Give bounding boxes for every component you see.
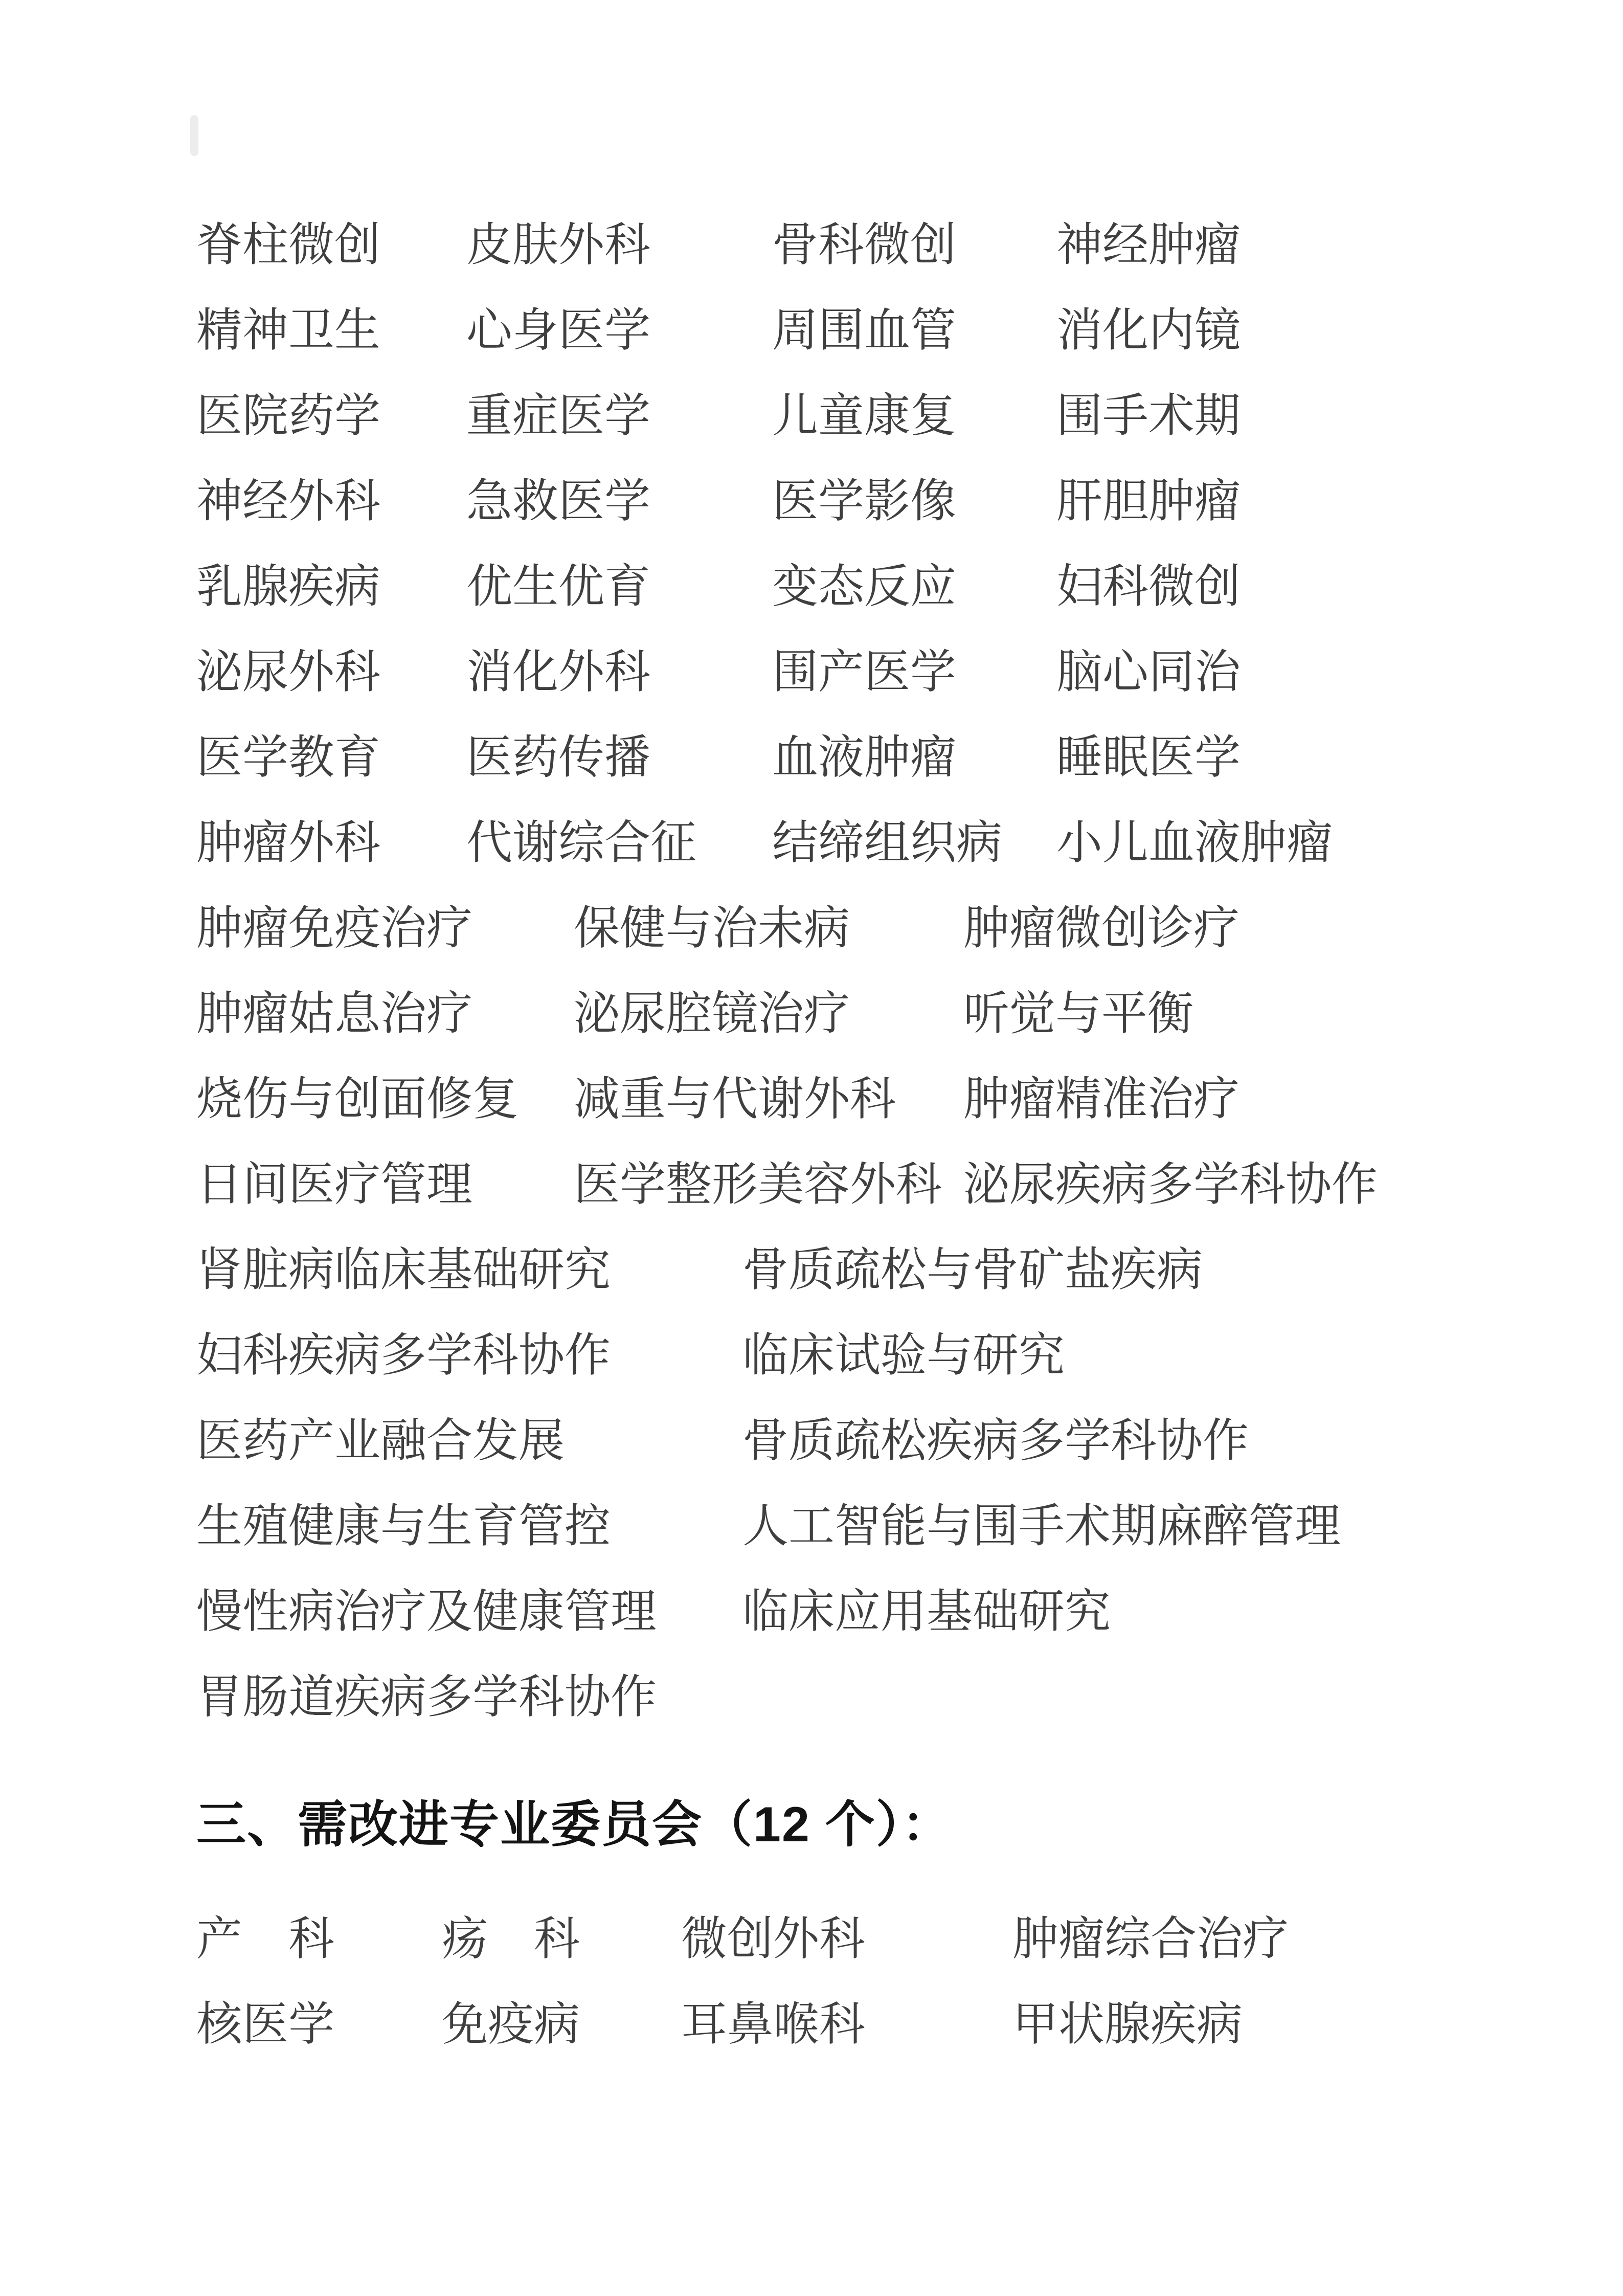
committee-name: 医院药学 [196,391,380,441]
committee-list-row: 肿瘤姑息治疗泌尿腔镜治疗听觉与平衡 [0,989,1623,1074]
committee-list-continued: 脊柱微创皮肤外科骨科微创神经肿瘤精神卫生心身医学周围血管消化内镜医院药学重症医学… [0,220,1623,1757]
committee-list-row: 日间医疗管理医学整形美容外科泌尿疾病多学科协作 [0,1160,1623,1245]
committee-list-row: 产 科疡 科微创外科肿瘤综合治疗 [0,1914,1623,1999]
committee-name: 神经外科 [196,476,380,527]
committee-name: 心身医学 [466,305,650,356]
committee-name: 核医学 [196,1999,334,2050]
committee-name: 肿瘤免疫治疗 [196,903,472,954]
committee-name: 医学教育 [196,732,380,783]
committee-name: 精神卫生 [196,305,380,356]
committee-name: 泌尿疾病多学科协作 [963,1160,1378,1210]
committee-name: 日间医疗管理 [196,1160,472,1210]
committee-list-row: 医院药学重症医学儿童康复围手术期 [0,391,1623,476]
committee-list-row: 泌尿外科消化外科围产医学脑心同治 [0,647,1623,732]
committee-name: 骨质疏松与骨矿盐疾病 [742,1245,1203,1296]
committee-name: 泌尿外科 [196,647,380,698]
committee-name: 儿童康复 [772,391,956,441]
scan-artifact [190,115,198,156]
committee-name: 医学影像 [772,476,956,527]
committee-name: 保健与治未病 [574,903,850,954]
committee-name: 脊柱微创 [196,220,380,271]
committee-name: 睡眠医学 [1056,732,1241,783]
committee-name: 骨科微创 [772,220,956,271]
committee-name: 急救医学 [466,476,650,527]
committee-name: 骨质疏松疾病多学科协作 [742,1416,1249,1466]
committee-name: 临床试验与研究 [742,1330,1065,1381]
committee-name: 甲状腺疾病 [1012,1999,1243,2050]
committee-name: 医学整形美容外科 [574,1160,942,1210]
committee-list-row: 神经外科急救医学医学影像肝胆肿瘤 [0,476,1623,562]
committee-name: 妇科疾病多学科协作 [196,1330,611,1381]
committee-name: 临床应用基础研究 [742,1587,1111,1637]
committee-list-row: 肿瘤外科代谢综合征结缔组织病小儿血液肿瘤 [0,818,1623,903]
committee-name: 肿瘤微创诊疗 [963,903,1239,954]
committee-name: 重症医学 [466,391,650,441]
committee-list-row: 胃肠道疾病多学科协作 [0,1672,1623,1757]
committee-name: 血液肿瘤 [772,732,956,783]
committee-name: 疡 科 [442,1914,580,1965]
committee-list-row: 医学教育医药传播血液肿瘤睡眠医学 [0,732,1623,818]
committee-name: 泌尿腔镜治疗 [574,989,850,1039]
committee-list-row: 肾脏病临床基础研究骨质疏松与骨矿盐疾病 [0,1245,1623,1330]
committee-name: 产 科 [196,1914,334,1965]
committee-name: 肝胆肿瘤 [1056,476,1241,527]
committee-name: 妇科微创 [1056,562,1241,612]
committee-list-row: 妇科疾病多学科协作临床试验与研究 [0,1330,1623,1416]
committee-name: 脑心同治 [1056,647,1241,698]
document-page: { "page": { "background": "#ffffff", "bo… [0,0,1623,2296]
section-heading-text: 三、需改进专业委员会（12 个）： [196,1798,952,1851]
committee-name: 慢性病治疗及健康管理 [196,1587,657,1637]
committee-name: 小儿血液肿瘤 [1056,818,1333,868]
section-heading: 三、需改进专业委员会（12 个）： [0,1798,1623,1865]
committee-name: 减重与代谢外科 [574,1074,896,1125]
committee-name: 周围血管 [772,305,956,356]
committee-name: 肿瘤综合治疗 [1012,1914,1289,1965]
committee-name: 神经肿瘤 [1056,220,1241,271]
committee-name: 肿瘤精准治疗 [963,1074,1239,1125]
committee-name: 人工智能与围手术期麻醉管理 [742,1501,1341,1552]
committee-name: 肿瘤外科 [196,818,380,868]
committee-name: 医药传播 [466,732,650,783]
committee-name: 听觉与平衡 [963,989,1193,1039]
committee-name: 优生优育 [466,562,650,612]
committee-name: 医药产业融合发展 [196,1416,565,1466]
committee-list-row: 医药产业融合发展骨质疏松疾病多学科协作 [0,1416,1623,1501]
committee-name: 免疫病 [442,1999,580,2050]
committee-name: 消化内镜 [1056,305,1241,356]
committee-name: 肾脏病临床基础研究 [196,1245,611,1296]
committee-list-row: 核医学免疫病耳鼻喉科甲状腺疾病 [0,1999,1623,2085]
committee-list-row: 生殖健康与生育管控人工智能与围手术期麻醉管理 [0,1501,1623,1587]
committee-name: 肿瘤姑息治疗 [196,989,472,1039]
committee-name: 变态反应 [772,562,956,612]
needs-improvement-committee-list: 产 科疡 科微创外科肿瘤综合治疗核医学免疫病耳鼻喉科甲状腺疾病 [0,1914,1623,2085]
committee-list-row: 乳腺疾病优生优育变态反应妇科微创 [0,562,1623,647]
committee-list-row: 烧伤与创面修复减重与代谢外科肿瘤精准治疗 [0,1074,1623,1160]
committee-name: 代谢综合征 [466,818,696,868]
committee-list-row: 脊柱微创皮肤外科骨科微创神经肿瘤 [0,220,1623,305]
committee-list-row: 慢性病治疗及健康管理临床应用基础研究 [0,1587,1623,1672]
committee-list-row: 精神卫生心身医学周围血管消化内镜 [0,305,1623,391]
committee-name: 乳腺疾病 [196,562,380,612]
committee-name: 胃肠道疾病多学科协作 [196,1672,657,1723]
committee-name: 围手术期 [1056,391,1241,441]
committee-name: 皮肤外科 [466,220,650,271]
committee-name: 结缔组织病 [772,818,1002,868]
committee-name: 生殖健康与生育管控 [196,1501,611,1552]
committee-name: 烧伤与创面修复 [196,1074,519,1125]
committee-name: 微创外科 [681,1914,865,1965]
committee-name: 围产医学 [772,647,956,698]
committee-list-row: 肿瘤免疫治疗保健与治未病肿瘤微创诊疗 [0,903,1623,989]
committee-name: 耳鼻喉科 [681,1999,865,2050]
committee-name: 消化外科 [466,647,650,698]
